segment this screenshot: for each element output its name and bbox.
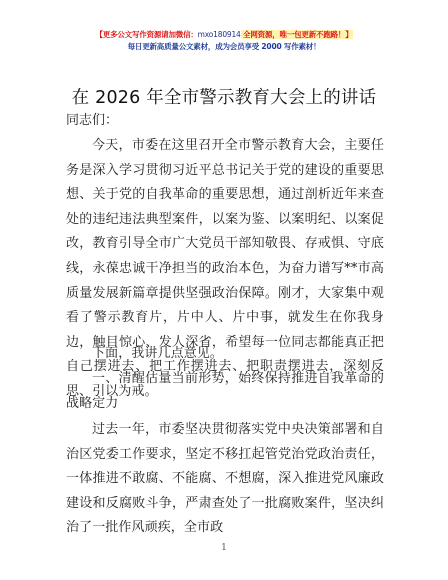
wechat-id: mxo180914: [198, 30, 241, 39]
section-heading-1: 一、清醒估量当前形势，始终保持推进自我革命的战略定力: [66, 367, 384, 416]
document-title: 在 2026 年全市警示教育大会上的讲话: [0, 84, 448, 109]
promo-banner-line-2: 每日更新高质量公文素材，成为会员享受 2000 写作素材！: [0, 41, 448, 52]
promo-banner-prefix: 【更多公文写作资源请加微信：: [95, 30, 197, 39]
paragraph-transition: 下面，我讲几点意见。: [66, 342, 384, 367]
promo-banner-line-1: 【更多公文写作资源请加微信：mxo180914 全网资源，唯一包更新不跑路！】: [0, 29, 448, 40]
page-number: 1: [0, 543, 448, 553]
document-page: 【更多公文写作资源请加微信：mxo180914 全网资源，唯一包更新不跑路！】 …: [0, 0, 448, 580]
paragraph-section-1: 过去一年，市委坚决贯彻落实党中央决策部署和自治区党委工作要求，坚定不移扛起管党治…: [66, 418, 384, 541]
salutation: 同志们：: [66, 109, 118, 128]
promo-banner-highlight: 全网资源，唯一包更新不跑路！】: [241, 30, 353, 39]
